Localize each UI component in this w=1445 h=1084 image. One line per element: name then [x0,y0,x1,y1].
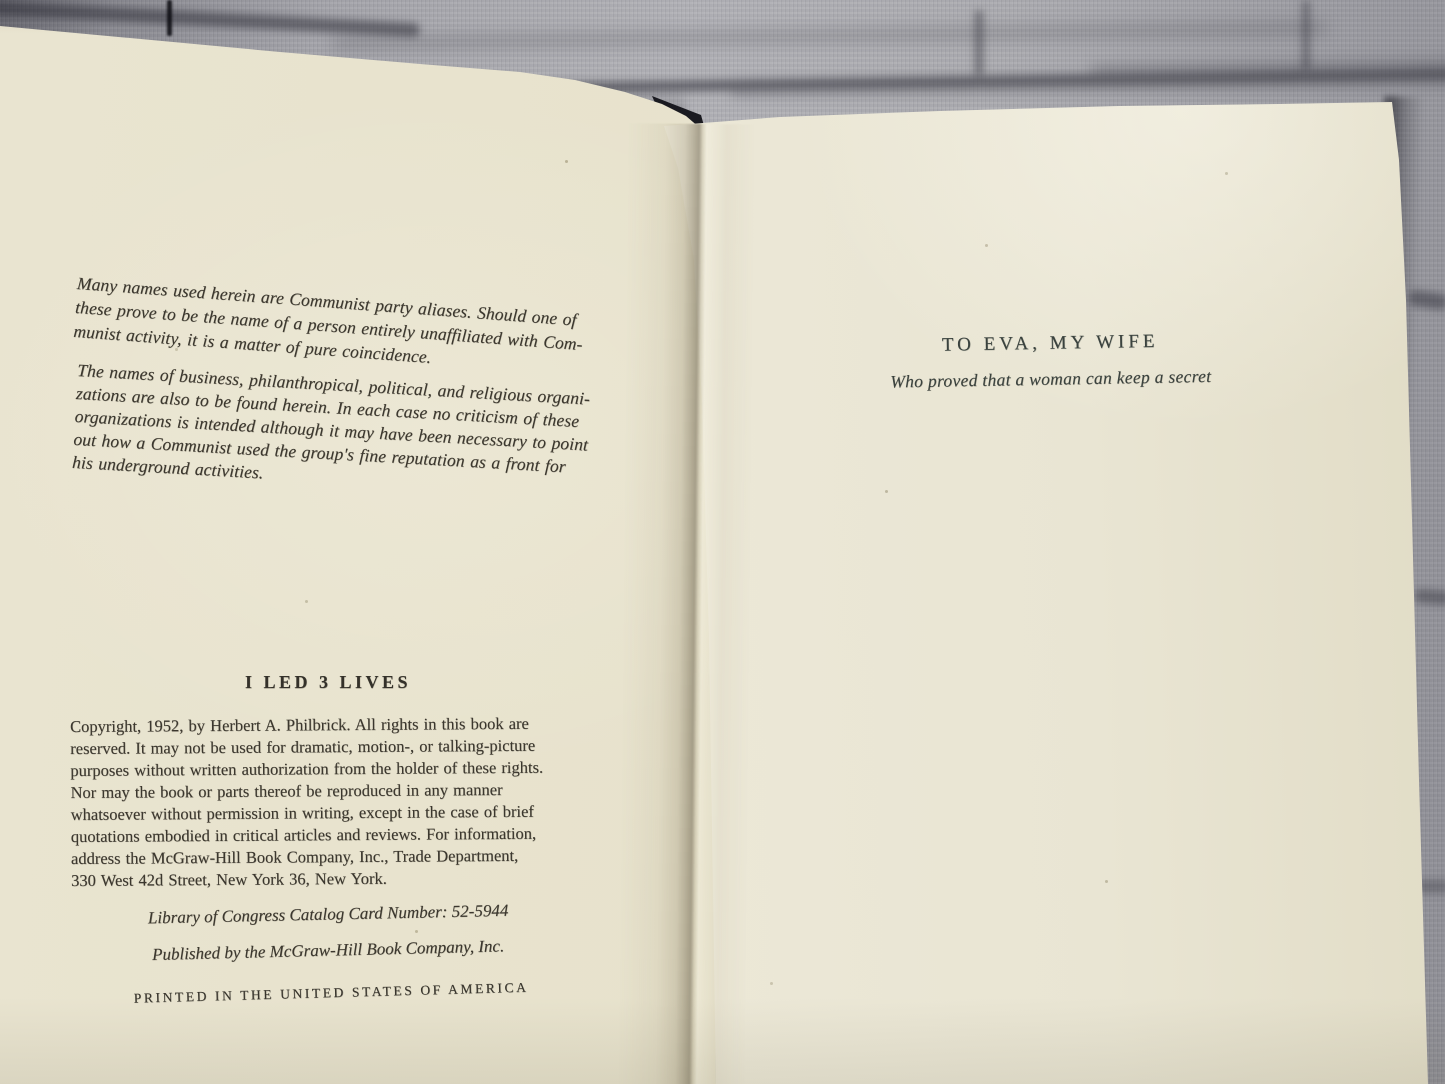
book-gutter-crease [618,123,778,1084]
wall-brick-joint [1302,0,1310,70]
text-line: address the McGraw-Hill Book Company, In… [71,844,593,870]
wall-mortar-patch [1413,588,1445,605]
copyright-paragraph: Copyright, 1952, by Herbert A. Philbrick… [70,712,593,892]
dedication-block: TO EVA, MY WIFE Who proved that a woman … [862,329,1239,392]
text-line: purposes without written authorization f… [70,756,592,782]
book-title: I LED 3 LIVES [70,672,586,693]
text-line: 330 West 42d Street, New York 36, New Yo… [71,866,593,892]
paper-specks [565,160,568,163]
wall-brick-joint [975,10,983,76]
book-product-photo: Many names used herein are Communist par… [0,0,1445,1084]
